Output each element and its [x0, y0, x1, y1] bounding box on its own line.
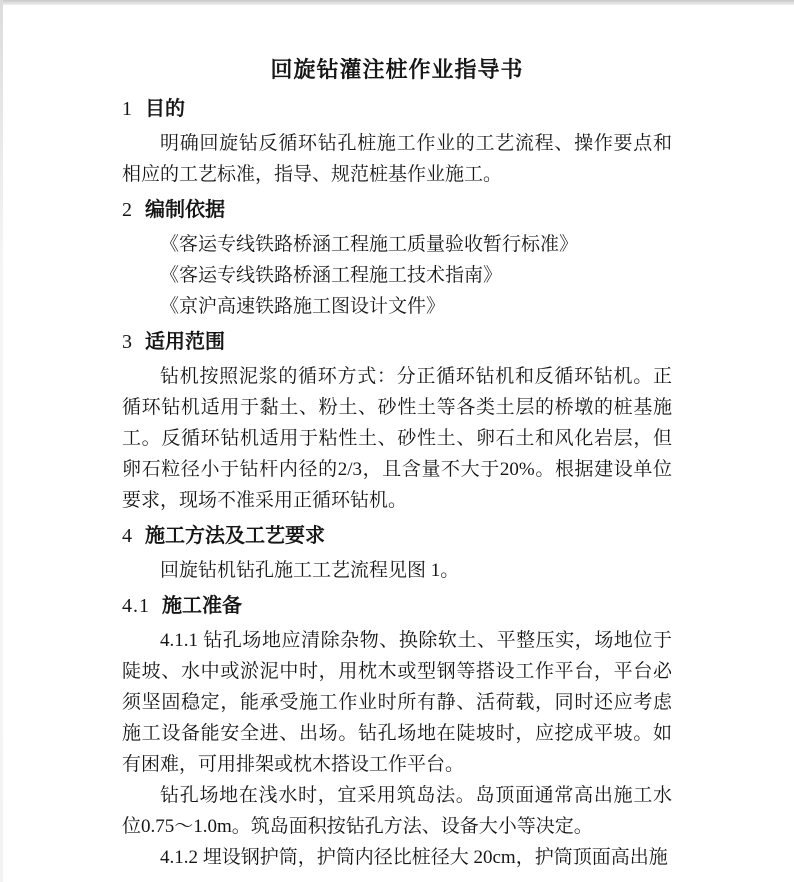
- section-4-1-number: 4.1: [122, 595, 150, 617]
- document-title: 回旋钻灌注桩作业指导书: [122, 55, 672, 85]
- paragraph-4-1-1: 4.1.1 钻孔场地应清除杂物、换除软土、平整压实，场地位于陡坡、水中或淤泥中时…: [122, 625, 672, 780]
- paragraph-4-1-2: 4.1.2 埋设钢护筒，护筒内径比桩径大 20cm，护筒顶面高出施: [122, 842, 672, 873]
- section-3-heading: 3适用范围: [122, 327, 672, 358]
- paragraph-shallow-water: 钻孔场地在浅水时，宜采用筑岛法。岛顶面通常高出施工水位0.75～1.0m。筑岛面…: [122, 780, 672, 842]
- section-2-title: 编制依据: [145, 199, 225, 221]
- section-4-number: 4: [122, 525, 133, 547]
- section-4-title: 施工方法及工艺要求: [145, 525, 325, 547]
- document-page: 回旋钻灌注桩作业指导书 1目的 明确回旋钻反循环钻孔桩施工作业的工艺流程、操作要…: [0, 0, 794, 882]
- section-4-paragraph: 回旋钻机钻孔施工工艺流程见图 1。: [122, 555, 672, 586]
- section-3-title: 适用范围: [145, 331, 225, 353]
- page-left-edge: [0, 0, 3, 882]
- page-top-edge: [0, 0, 794, 5]
- section-2-heading: 2编制依据: [122, 195, 672, 226]
- section-4-heading: 4施工方法及工艺要求: [122, 521, 672, 552]
- section-4-1-title: 施工准备: [162, 595, 242, 617]
- section-1-heading: 1目的: [122, 94, 672, 125]
- section-1-paragraph: 明确回旋钻反循环钻孔桩施工作业的工艺流程、操作要点和相应的工艺标准，指导、规范桩…: [122, 128, 672, 190]
- section-1-number: 1: [122, 98, 133, 120]
- section-2-number: 2: [122, 199, 133, 221]
- section-3-paragraph: 钻机按照泥浆的循环方式：分正循环钻机和反循环钻机。正循环钻机适用于黏土、粉土、砂…: [122, 361, 672, 516]
- section-1-title: 目的: [145, 98, 185, 120]
- section-3-number: 3: [122, 331, 133, 353]
- section-4-1-heading: 4.1施工准备: [122, 591, 672, 622]
- reference-item-3: 《京沪高速铁路施工图设计文件》: [122, 291, 672, 322]
- reference-item-1: 《客运专线铁路桥涵工程施工质量验收暂行标准》: [122, 229, 672, 260]
- reference-item-2: 《客运专线铁路桥涵工程施工技术指南》: [122, 260, 672, 291]
